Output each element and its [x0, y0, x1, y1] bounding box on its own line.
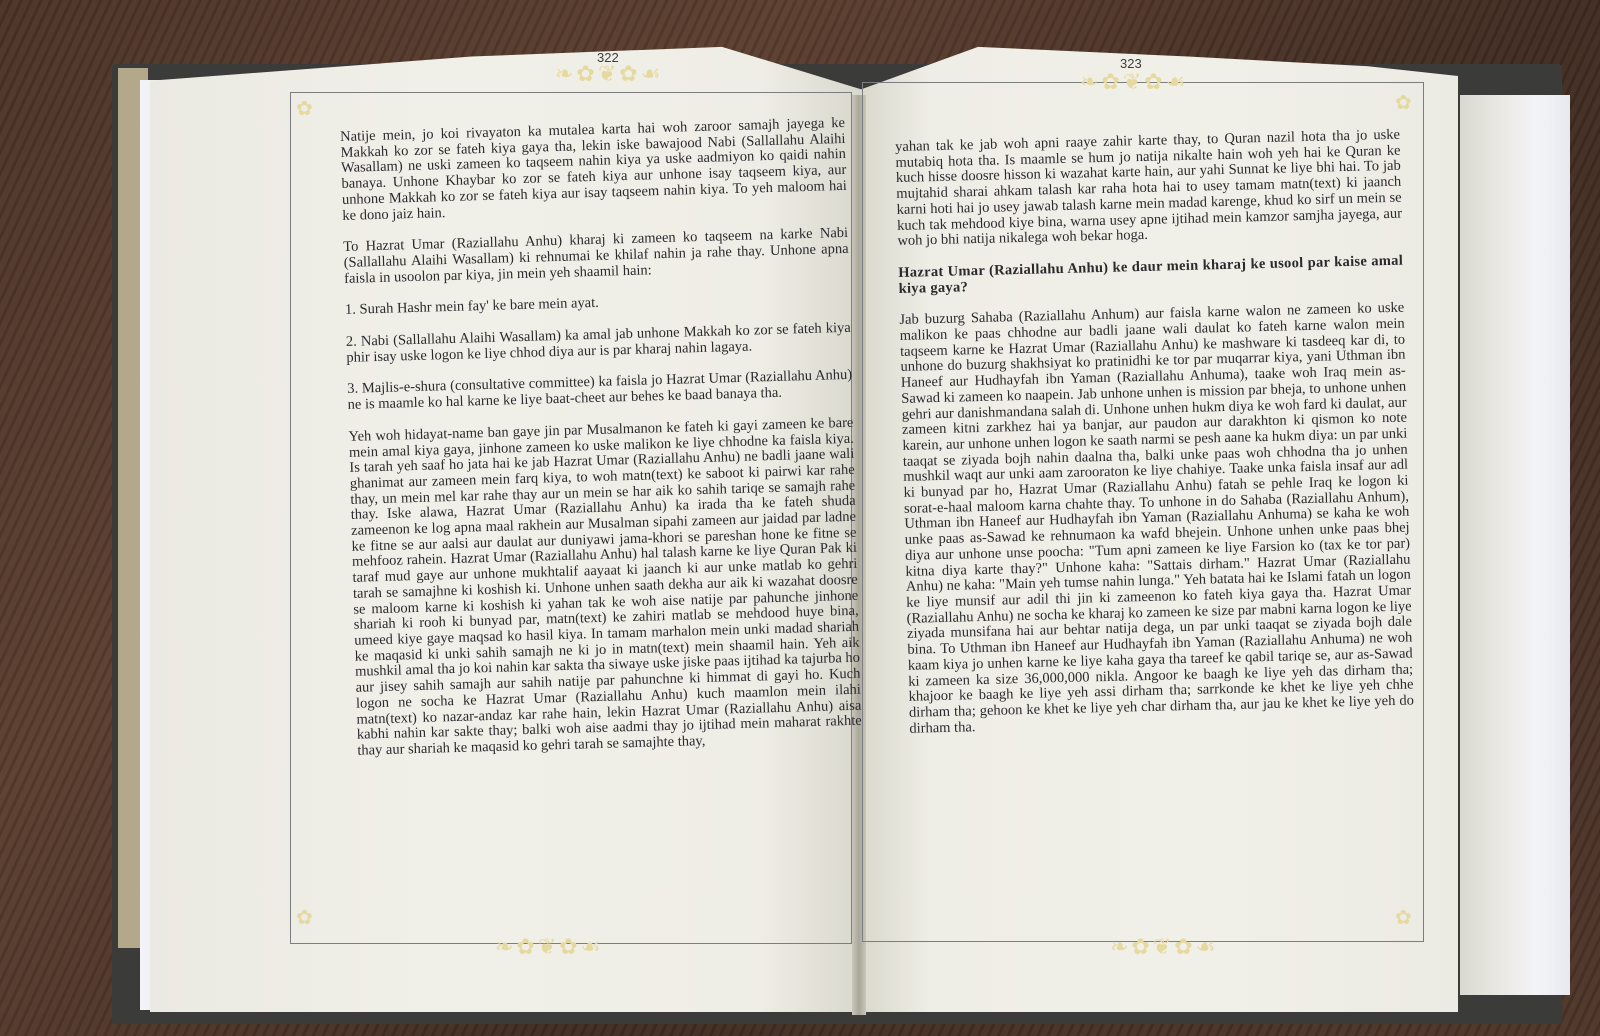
paragraph: Jab buzurg Sahaba (Raziallahu Anhum) aur… — [899, 301, 1414, 737]
right-page-stack — [1460, 95, 1570, 995]
paragraph: Natije mein, jo koi rivayaton ka mutalea… — [340, 116, 847, 224]
page-number-right: 323 — [1120, 56, 1142, 71]
top-ornament-left-icon: ❧ ✿ ❦ ✿ ☙ — [555, 62, 658, 87]
paragraph: Yeh woh hidayat-name ban gaye jin par Mu… — [348, 416, 862, 760]
section-heading: Hazrat Umar (Raziallahu Anhu) ke daur me… — [898, 254, 1404, 298]
right-page-text: yahan tak ke jab woh apni raaye zahir ka… — [895, 128, 1415, 753]
left-page-text: Natije mein, jo koi rivayaton ka mutalea… — [340, 116, 863, 775]
bottom-ornament-right-icon: ❧ ✿ ❦ ✿ ☙ — [1110, 935, 1213, 960]
corner-ornament-icon: ✿ — [1395, 90, 1410, 114]
bottom-ornament-left-icon: ❧ ✿ ❦ ✿ ☙ — [495, 935, 598, 960]
paragraph: To Hazrat Umar (Raziallahu Anhu) kharaj … — [343, 226, 849, 287]
list-item: 3. Majlis-e-shura (consultative committe… — [347, 368, 853, 413]
paragraph: yahan tak ke jab woh apni raaye zahir ka… — [895, 128, 1403, 250]
list-item: 1. Surah Hashr mein fay' ke bare mein ay… — [345, 289, 850, 319]
list-item: 2. Nabi (Sallallahu Alaihi Wasallam) ka … — [346, 321, 852, 366]
corner-ornament-icon: ✿ — [1395, 905, 1410, 929]
top-ornament-right-icon: ❧ ✿ ❦ ✿ ☙ — [1080, 70, 1183, 95]
corner-ornament-icon: ✿ — [296, 905, 311, 929]
corner-ornament-icon: ✿ — [296, 96, 311, 120]
